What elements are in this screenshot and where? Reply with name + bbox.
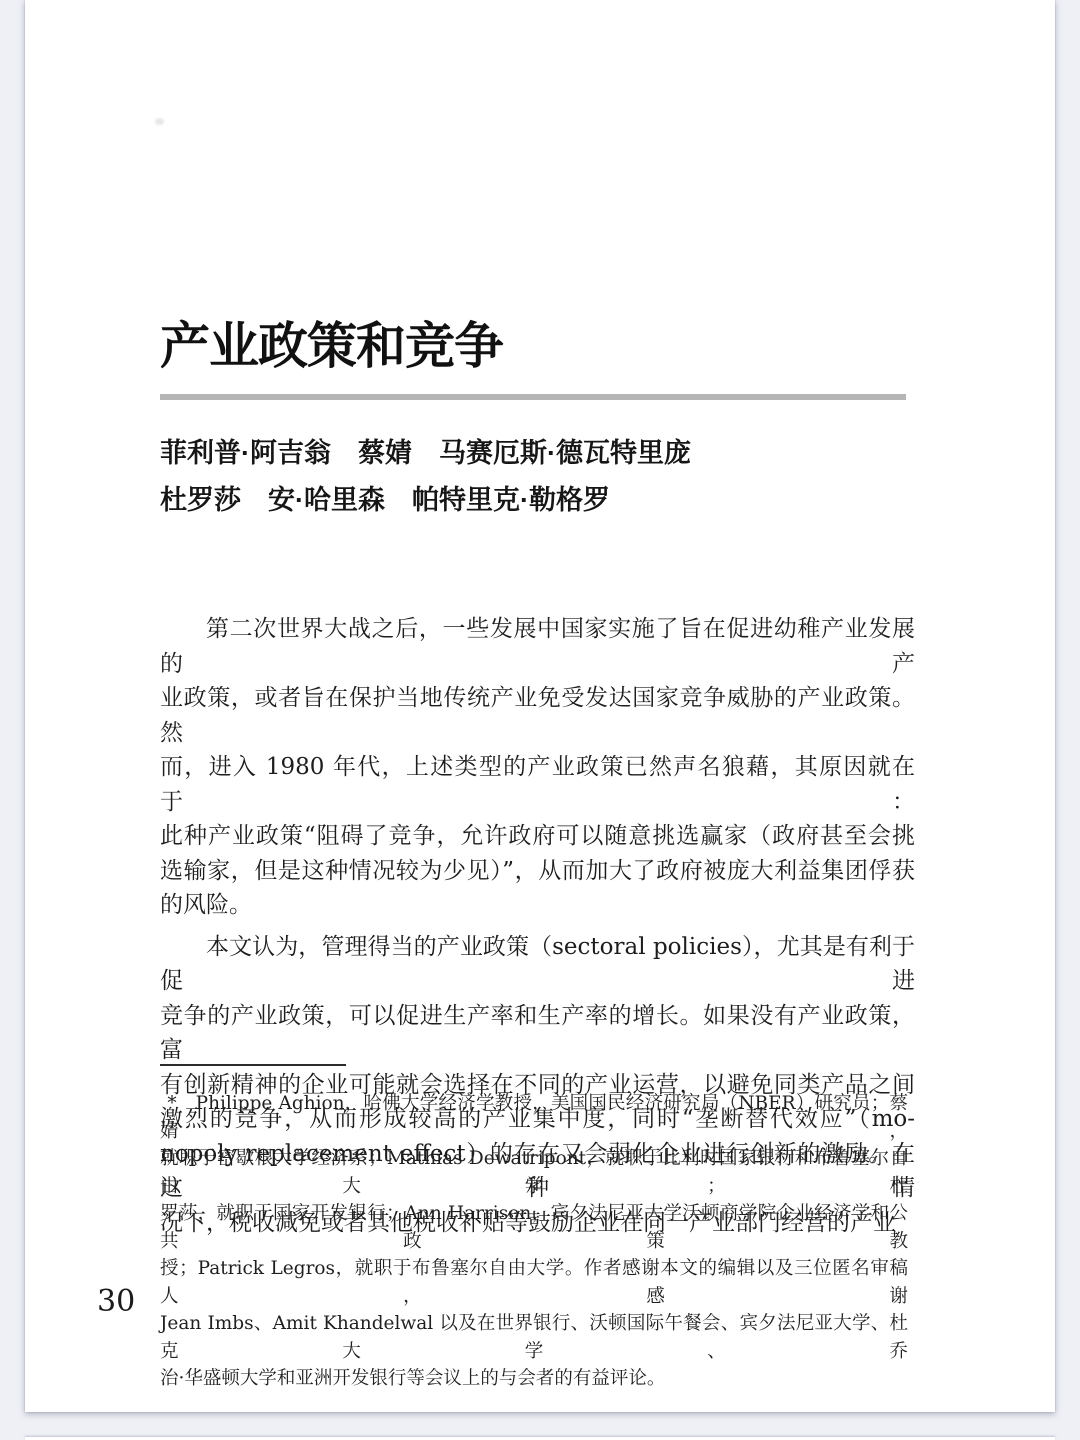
text-line: 而，进入 1980 年代，上述类型的产业政策已然声名狼藉，其原因就在于： xyxy=(160,750,915,819)
text-line: 竞争的产业政策，可以促进生产率和生产率的增长。如果没有产业政策，富 xyxy=(160,999,915,1068)
print-artifact-speck xyxy=(155,118,164,125)
text-line: 第二次世界大战之后，一些发展中国家实施了旨在促进幼稚产业发展的产 xyxy=(160,612,915,681)
author-line: 杜罗莎 安·哈里森 帕特里克·勒格罗 xyxy=(160,477,920,524)
text-line: 选输家，但是这种情况较为少见）”，从而加大了政府被庞大利益集团俘获 xyxy=(160,854,915,889)
text-line: 此种产业政策“阻碍了竞争，允许政府可以随意挑选赢家（政府甚至会挑 xyxy=(160,819,915,854)
footnote-line: 罗莎，就职于国家开发银行；Ann Harrison，宾夕法尼亚大学沃顿商学院企业… xyxy=(160,1200,908,1255)
footnote-divider-rule xyxy=(160,1064,346,1066)
author-line: 菲利普·阿吉翁 蔡婧 马赛厄斯·德瓦特里庞 xyxy=(160,430,920,477)
document-viewer-background: 产业政策和竞争 菲利普·阿吉翁 蔡婧 马赛厄斯·德瓦特里庞 杜罗莎 安·哈里森 … xyxy=(0,0,1080,1440)
footnote-line: 授；Patrick Legros，就职于布鲁塞尔自由大学。作者感谢本文的编辑以及… xyxy=(160,1255,908,1310)
text-line: 本文认为，管理得当的产业政策（sectoral policies），尤其是有利于… xyxy=(160,930,915,999)
footnote-line: * Philippe Aghion，哈佛大学经济学教授，美国国民经济研究局（NB… xyxy=(160,1090,908,1145)
footnote-line: 就职于密歇根大学经济系；Mathias Dewatripont，就职于比利时国家… xyxy=(160,1145,908,1200)
footnote: * Philippe Aghion，哈佛大学经济学教授，美国国民经济研究局（NB… xyxy=(160,1090,908,1393)
author-list: 菲利普·阿吉翁 蔡婧 马赛厄斯·德瓦特里庞 杜罗莎 安·哈里森 帕特里克·勒格罗 xyxy=(160,430,920,524)
title-divider-rule xyxy=(160,394,906,400)
article-title: 产业政策和竞争 xyxy=(160,318,503,373)
page-number: 30 xyxy=(97,1284,135,1319)
document-page: 产业政策和竞争 菲利普·阿吉翁 蔡婧 马赛厄斯·德瓦特里庞 杜罗莎 安·哈里森 … xyxy=(25,0,1055,1412)
footnote-line: 治·华盛顿大学和亚洲开发银行等会议上的与会者的有益评论。 xyxy=(160,1365,908,1393)
text-line: 的风险。 xyxy=(160,888,915,923)
text-line: 业政策，或者旨在保护当地传统产业免受发达国家竞争威胁的产业政策。然 xyxy=(160,681,915,750)
paragraph: 第二次世界大战之后，一些发展中国家实施了旨在促进幼稚产业发展的产 业政策，或者旨… xyxy=(160,612,915,923)
footnote-line: Jean Imbs、Amit Khandelwal 以及在世界银行、沃顿国际午餐… xyxy=(160,1310,908,1365)
